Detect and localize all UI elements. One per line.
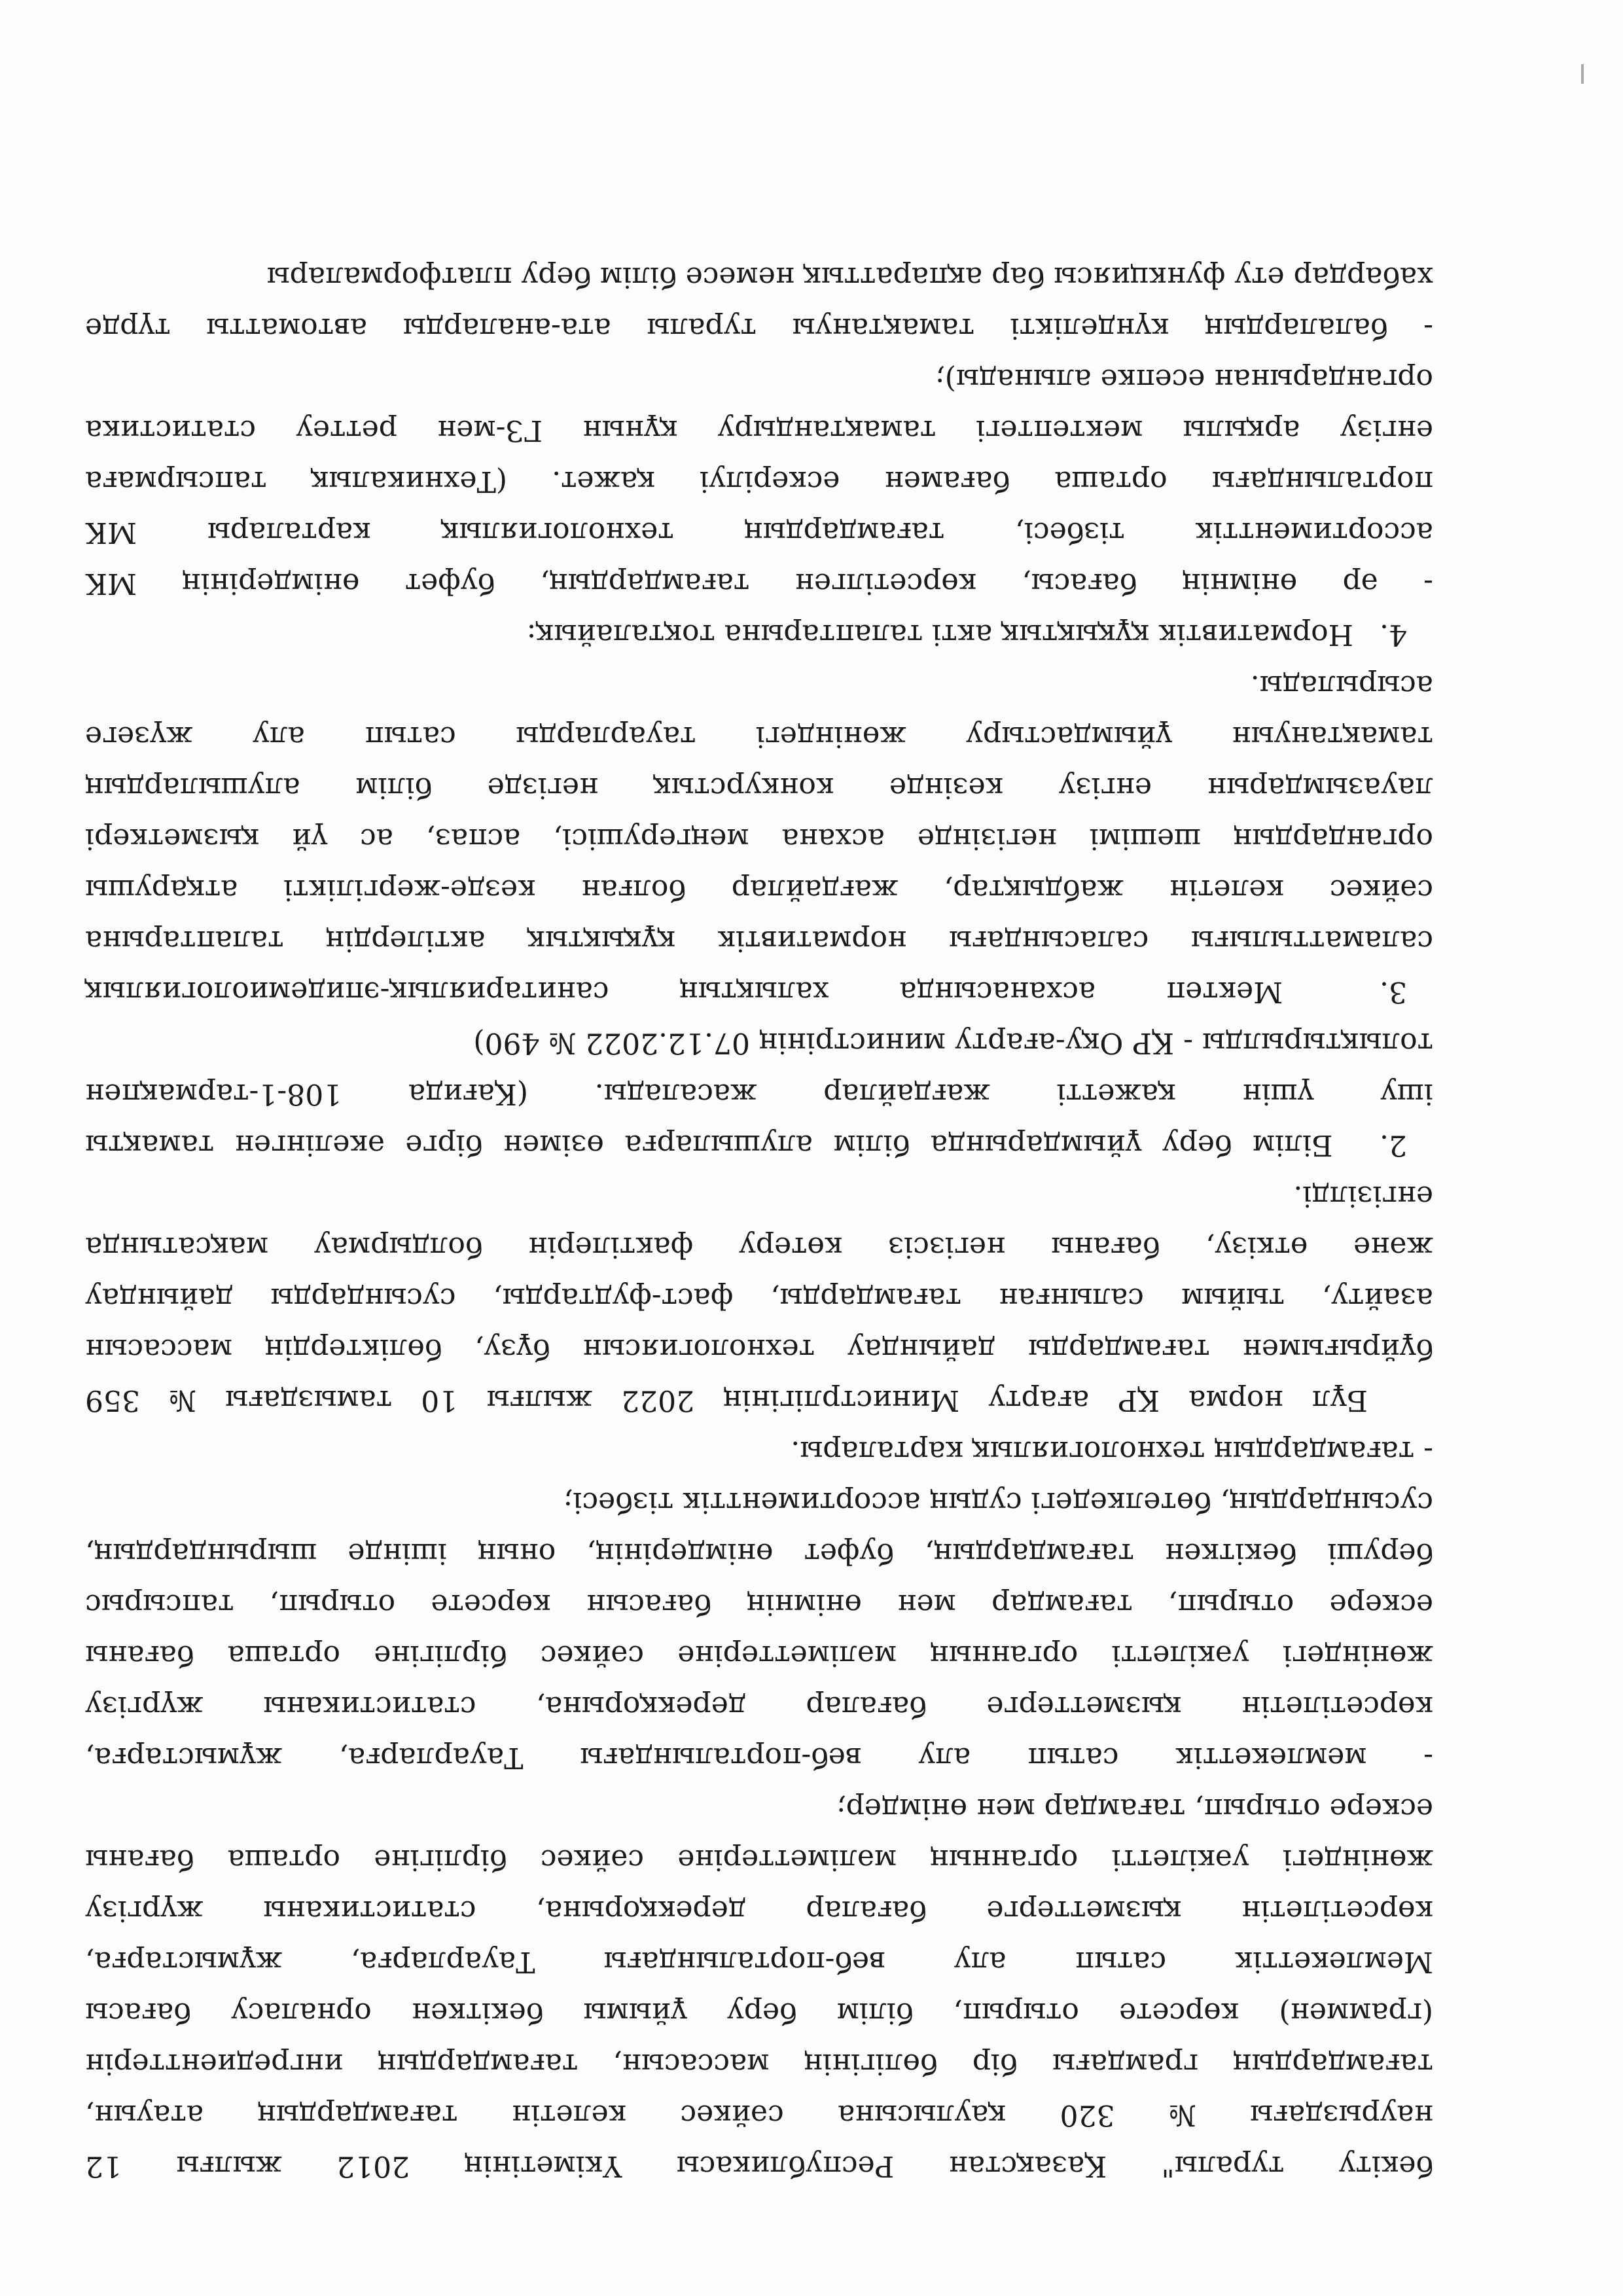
word: үшін — [1242, 1068, 1313, 1119]
word: тағамдардың, — [540, 558, 749, 609]
word: сусындардың, — [1211, 1477, 1433, 1528]
paragraph-item-4-dash-1: - әр өнімнің бағасы, көрсетілген тағамда… — [85, 353, 1433, 609]
word: беру — [727, 1987, 797, 2038]
word: қажет. — [552, 456, 655, 507]
word: отырып, — [1168, 1579, 1294, 1630]
word: сәйкес — [541, 1834, 644, 1885]
paragraph-dash-2: - тағамдардың технологиялық карталары.- … — [85, 1426, 1433, 1477]
word: енгізілді. — [1293, 1170, 1433, 1221]
word: дайындау — [85, 1272, 233, 1323]
word: ағарту — [988, 1374, 1089, 1426]
word: отырып, — [954, 1987, 1079, 2038]
word: бағамен — [885, 456, 1010, 507]
word: беруші — [1327, 1528, 1433, 1579]
word: фаст-фудтарды, — [493, 1272, 734, 1323]
word: бағаны — [85, 1834, 194, 1885]
text-line: ескере отырып, тағамдар мен өнімнің баға… — [85, 1579, 1433, 1630]
word: бағасы — [85, 1987, 191, 2038]
word: № — [1169, 2089, 1196, 2140]
word: аспаз, — [426, 813, 520, 864]
word: жабдықтар, — [944, 864, 1124, 915]
word: тапсырмаға — [85, 456, 266, 507]
word: тағамдардың — [257, 2089, 457, 2140]
word: тағамдардың — [1205, 1426, 1414, 1477]
word: мен — [967, 1783, 1035, 1834]
word: үй — [292, 813, 327, 864]
word: 359 — [85, 1374, 140, 1426]
word: көрсетілетін — [1241, 1681, 1433, 1732]
word: Білім — [1253, 1119, 1333, 1170]
word: технологиялық — [441, 507, 673, 558]
word: тағамдар — [1035, 1783, 1186, 1834]
word: бұйрығымен — [1243, 1323, 1434, 1374]
word: тағамдардың — [1233, 2038, 1433, 2089]
word: өнімдерінің — [182, 558, 359, 609]
word: веб-порталындағы — [603, 1936, 885, 1987]
document-body: бекіту туралы" Қазақстан Республикасы Үк… — [85, 251, 1433, 2191]
word: сәйкес — [680, 2089, 783, 2140]
word: орналасу — [231, 1987, 372, 2038]
text-line: жөніндегі уәкілетті органның мәліметтері… — [85, 1630, 1433, 1681]
paragraph-item-4: 4.Нормативтік құқықтық акті талаптарына … — [85, 609, 1433, 660]
word: қызметтерге — [986, 1885, 1181, 1936]
word: ингредиенттерін — [85, 2038, 343, 2089]
word: - — [1423, 1732, 1433, 1783]
word: лауазымдарын — [1207, 762, 1433, 813]
word: норма — [1188, 1374, 1283, 1426]
word: жасалады. — [595, 1068, 757, 1119]
word: тапсырыс — [85, 1579, 234, 1630]
word: мемлекеттік — [1175, 1732, 1366, 1783]
word: тағамдарды — [1028, 1323, 1210, 1374]
word: бағалар — [806, 1885, 926, 1936]
word: органның — [930, 1630, 1078, 1681]
word: бағасын — [586, 1579, 711, 1630]
text-line: азайту, тыйым салынған тағамдарды, фаст-… — [85, 1272, 1433, 1323]
word: көрсетілетін — [1241, 1885, 1433, 1936]
word: Мемлекеттік — [1235, 1936, 1433, 1987]
word: ақпараттық — [794, 251, 982, 302]
word: құқықтық — [527, 915, 675, 966]
word: веб-порталындағы — [580, 1732, 861, 1783]
text-line: беруші бекіткен тағамдардың, буфет өнімд… — [85, 1528, 1433, 1579]
word: 320 — [1060, 2089, 1115, 2140]
word: балалардың — [1205, 302, 1388, 353]
word: 2022 — [621, 1374, 694, 1426]
text-line: порталындағы орташа бағамен ескерілуі қа… — [85, 456, 1433, 507]
word: - — [1414, 1426, 1433, 1477]
text-line: хабардар ету функциясы бар ақпараттық не… — [85, 251, 1433, 302]
word: ассортименттік — [673, 1477, 921, 1528]
text-line: - балалардың күнделікті тамақтануы турал… — [85, 302, 1433, 353]
word: тағамдардың — [744, 507, 944, 558]
word: ескере — [1321, 1783, 1433, 1834]
word: ескере — [1330, 1579, 1433, 1630]
word: жөніндегі — [1283, 1630, 1433, 1681]
word: бекіткен — [1165, 1528, 1296, 1579]
word: буфет — [804, 1528, 894, 1579]
text-line: тағамдардың грамдағы бір бөлігінің масса… — [85, 2038, 1433, 2089]
word: әкелінген — [235, 1119, 385, 1170]
word: Министрлігінің — [723, 1374, 959, 1426]
word: мәліметтеріне — [677, 1834, 897, 1885]
word: енгізу — [1059, 762, 1152, 813]
text-line: 4.Нормативтік құқықтық акті талаптарына … — [85, 609, 1433, 660]
paragraph-item-4-dash-2: - балалардың күнделікті тамақтануы турал… — [85, 251, 1433, 353]
word: дерекқорына, — [536, 1885, 746, 1936]
word: уәкілетті — [1112, 1834, 1249, 1885]
word: талаптарына — [715, 609, 923, 660]
text-line: Мемлекеттік сатып алу веб-порталындағы Т… — [85, 1936, 1433, 1987]
word: кезінде — [889, 762, 1003, 813]
word: алынады); — [935, 353, 1092, 404]
word: асхана — [781, 813, 884, 864]
word: автоматты — [206, 302, 367, 353]
word: тамақтандыру — [717, 404, 936, 456]
word: бір — [972, 2038, 1018, 2089]
text-line: - тағамдардың технологиялық карталары.- … — [85, 1426, 1433, 1477]
word: технологиялық — [963, 1426, 1205, 1477]
word: қызметтерге — [986, 1681, 1181, 1732]
word: шырындардың, — [85, 1528, 317, 1579]
word: атауын, — [85, 2089, 204, 2140]
word: сатып — [1075, 1936, 1167, 1987]
text-line: тамақтануын ұйымдастыру жөніндегі тауарл… — [85, 711, 1433, 762]
word: Қазақстан — [949, 2140, 1107, 2191]
word: бағаны — [85, 1630, 194, 1681]
word: көрсете — [1119, 1987, 1239, 2038]
word: Республикасы — [677, 2140, 895, 2191]
word: оның — [478, 1528, 556, 1579]
word: акті — [923, 609, 992, 660]
text-line: енгізілді.енгізілді. — [85, 1170, 1433, 1221]
text-line: бұйрығымен тағамдарды дайындау технологи… — [85, 1323, 1433, 1374]
word: 10 — [421, 1374, 457, 1426]
word: функциясы — [1044, 251, 1225, 302]
word: ҚР — [1118, 1374, 1160, 1426]
text-line: саламаттылығы саласындағы нормативтік құ… — [85, 915, 1433, 966]
word: Үкіметінің — [464, 2140, 622, 2191]
word: халықтың — [679, 966, 829, 1017]
word: бағасы, — [1022, 558, 1137, 609]
word: тамақтануын — [1232, 711, 1433, 762]
word: құқықтық — [992, 609, 1149, 660]
text-line: және өткізу, бағаны негізсіз көтеру факт… — [85, 1221, 1433, 1272]
word: МК — [85, 558, 137, 609]
text-line: асырылады.асырылады. — [85, 660, 1433, 711]
word: шешімі — [1090, 813, 1201, 864]
text-line: сәйкес келетін жабдықтар, жағдайлар болғ… — [85, 864, 1433, 915]
word: грамдағы — [1052, 2038, 1198, 2089]
text-line: ассортименттік тізбесі, тағамдардың техн… — [85, 507, 1433, 558]
word: беру — [512, 251, 591, 302]
word: порталындағы — [1212, 456, 1433, 507]
word: - — [1423, 558, 1433, 609]
word: өнімнің — [1183, 558, 1298, 609]
word: отырып, — [1185, 1783, 1320, 1834]
word: (Техникалық — [312, 456, 507, 507]
word: тамақты — [85, 1119, 214, 1170]
text-line: (граммен) көрсете отырып, білім беру ұйы… — [85, 1987, 1433, 2038]
word: тізбесі; — [563, 1477, 673, 1528]
text-line: органдарынан есепке алынады);органдарына… — [85, 353, 1433, 404]
word: 12 — [85, 2140, 122, 2191]
word: тоқталайық: — [527, 609, 715, 660]
word: 07.12.2022 — [576, 1017, 750, 1068]
word: Бұл — [1312, 1374, 1368, 1426]
word: наурыздағы — [1250, 2089, 1433, 2140]
paragraph-item-2: 2.Білім беру ұйымдарында білім алушыларғ… — [85, 1017, 1433, 1170]
word: массасын — [85, 1323, 232, 1374]
word: болған — [581, 864, 686, 915]
word: асханасында — [899, 966, 1096, 1017]
word: тауарларды — [516, 711, 696, 762]
word: статистиканы — [263, 1885, 476, 1936]
word: меңгерушісі, — [553, 813, 749, 864]
word: білім — [591, 251, 677, 302]
word: өнімдер; — [836, 1783, 967, 1834]
word: жүргізу — [85, 1885, 204, 1936]
paragraph-item-3: 3.Мектеп асханасында халықтың санитариял… — [85, 660, 1433, 1017]
text-line: 3.Мектеп асханасында халықтың санитариял… — [85, 966, 1433, 1017]
word: болдырмау — [314, 1221, 483, 1272]
word: ГЗ-мен — [437, 404, 543, 456]
text-line: 2.Білім беру ұйымдарында білім алушыларғ… — [85, 1119, 1433, 1170]
text-line: ішу үшін қажетті жағдайлар жасалады. (Қа… — [85, 1068, 1433, 1119]
word: өнімдерінің, — [586, 1528, 773, 1579]
word: мен — [897, 1579, 956, 1630]
word: ішінде — [348, 1528, 447, 1579]
word: арқылы — [1183, 404, 1300, 456]
word: актілердің — [326, 915, 486, 966]
word: орташа — [228, 1630, 340, 1681]
word: - — [1174, 1017, 1193, 1068]
text-line: наурыздағы № 320 қаулысына сәйкес келеті… — [85, 2089, 1433, 2140]
word: буфет — [405, 558, 495, 609]
word: азайту, — [1322, 1272, 1433, 1323]
word: мәліметтеріне — [677, 1630, 897, 1681]
word: есепке — [1092, 353, 1205, 404]
word: Нормативтік — [1149, 609, 1353, 660]
word: уәкілетті — [1112, 1630, 1249, 1681]
word: статистика — [85, 404, 256, 456]
word: ассортименттік — [1195, 507, 1433, 558]
word: ішу — [1380, 1068, 1433, 1119]
word: жүзеге — [85, 711, 192, 762]
word: негізінде — [918, 813, 1057, 864]
word: тағамдар — [991, 1579, 1133, 1630]
word: тыйым — [1181, 1272, 1285, 1323]
word: бекіткен — [412, 1987, 543, 2038]
word: білім — [837, 1987, 914, 2038]
word: карталары — [207, 507, 371, 558]
text-line: лауазымдарын енгізу кезінде конкурстық н… — [85, 762, 1433, 813]
word: - — [1423, 302, 1433, 353]
word: тағамдардың, — [925, 1528, 1134, 1579]
word: келетін — [1169, 864, 1284, 915]
word: алу — [253, 711, 305, 762]
word: келетін — [512, 2089, 626, 2140]
text-line: - әр өнімнің бағасы, көрсетілген тағамда… — [85, 558, 1433, 609]
word: судың — [921, 1477, 1022, 1528]
word: карталары. — [791, 1426, 963, 1477]
word: алушылардың — [85, 762, 300, 813]
word: № — [539, 1017, 576, 1068]
text-line: енгізу арқылы мектептегі тамақтандыру құ… — [85, 404, 1433, 456]
word: министрінің — [750, 1017, 946, 1068]
word: құнын — [582, 404, 677, 456]
word: бар — [982, 251, 1044, 302]
word: конкурстық — [654, 762, 834, 813]
word: сәйкес — [541, 1630, 644, 1681]
word: саласындағы — [949, 915, 1149, 966]
word: нормативтік — [718, 915, 907, 966]
word: жағдайлар — [823, 1068, 990, 1119]
text-line: жөніндегі уәкілетті органның мәліметтері… — [85, 1834, 1433, 1885]
word: өткізу, — [1205, 1221, 1308, 1272]
word: алу — [918, 1732, 971, 1783]
word: дерекқорына, — [536, 1681, 746, 1732]
word: фактілерін — [528, 1221, 693, 1272]
paragraph-intro: бекіту туралы" Қазақстан Республикасы Үк… — [85, 1783, 1433, 2191]
word: жұмыстарға, — [85, 1936, 282, 1987]
paragraph-dash-1: - мемлекеттік сатып алу веб-порталындағы… — [85, 1477, 1433, 1783]
word: өнімнің — [747, 1579, 862, 1630]
word: дайындау — [847, 1323, 995, 1374]
text-line: көрсетілетін қызметтерге бағалар дерекқо… — [85, 1885, 1433, 1936]
word: кезде-жергілікті — [283, 864, 535, 915]
word: жөніндегі — [1283, 1834, 1433, 1885]
word: бекіту — [1339, 2140, 1433, 2191]
word: бірлігіне — [374, 1630, 507, 1681]
word: саламаттылығы — [1191, 915, 1433, 966]
word: ұйымы — [583, 1987, 687, 2038]
word: ас — [360, 813, 393, 864]
word: ҚР — [1123, 1017, 1174, 1068]
word: Мектеп — [1166, 966, 1283, 1017]
word: № — [169, 1374, 196, 1426]
word: ата-аналарды — [403, 302, 611, 353]
word: білім — [833, 1119, 910, 1170]
word: салынған — [999, 1272, 1144, 1323]
word: орташа — [228, 1834, 340, 1885]
word: статистиканы — [263, 1681, 476, 1732]
word: енгізу — [1340, 404, 1433, 456]
word: тамақтануы — [792, 302, 974, 353]
word: негізсіз — [888, 1221, 1005, 1272]
item-number: 4. — [1380, 609, 1407, 660]
text-line: Бұл норма ҚР ағарту Министрлігінің 2022 … — [85, 1374, 1433, 1426]
word: туралы — [647, 302, 757, 353]
word: түрде — [85, 302, 171, 353]
word: 2012 — [336, 2140, 410, 2191]
text-line: органдардың шешімі негізінде асхана меңг… — [85, 813, 1433, 864]
word: массасын, — [613, 2038, 770, 2089]
word: бөтелкедегі — [1022, 1477, 1211, 1528]
word: күнделікті — [1010, 302, 1169, 353]
word: тамыздағы — [225, 1374, 392, 1426]
word: Оқу-ағарту — [946, 1017, 1123, 1068]
word: мектептегі — [976, 404, 1143, 456]
scanned-page: бекіту туралы" Қазақстан Республикасы Үк… — [0, 0, 1623, 2296]
item-number: 3. — [1380, 966, 1407, 1017]
word: 490) — [473, 1017, 539, 1068]
word: жылғы — [486, 1374, 592, 1426]
word: алушыларға — [624, 1119, 813, 1170]
word: МК — [85, 507, 137, 558]
word: орташа — [1054, 456, 1167, 507]
word: сусындарды — [270, 1272, 455, 1323]
word: қажетті — [1057, 1068, 1176, 1119]
word: талаптарына — [85, 915, 283, 966]
word: бұзу, — [474, 1323, 550, 1374]
word: сатып — [1027, 1732, 1119, 1783]
word: қаулысына — [838, 2089, 1006, 2140]
word: санитариялық-эпидемиологиялық — [85, 966, 609, 1017]
word: жағдайлар — [732, 864, 899, 915]
word: жөніндегі — [756, 711, 906, 762]
word: көрсетілген — [795, 558, 977, 609]
word: ұйымдастыру — [966, 711, 1172, 762]
text-line: ескере отырып, тағамдар мен өнімдер;еске… — [85, 1783, 1433, 1834]
text-line: сусындардың, бөтелкедегі судың ассортиме… — [85, 1477, 1433, 1528]
word: туралы" — [1162, 2140, 1285, 2191]
word: және — [1353, 1221, 1433, 1272]
word: сәйкес — [1330, 864, 1433, 915]
word: ұйымдарында — [931, 1119, 1142, 1170]
text-line: бекіту туралы" Қазақстан Республикасы Үк… — [85, 2140, 1433, 2191]
word: көтеру — [739, 1221, 842, 1272]
word: сатып — [365, 711, 456, 762]
word: бөліктердің — [265, 1323, 442, 1374]
item-number: 2. — [1380, 1119, 1407, 1170]
word: алу — [954, 1936, 1007, 1987]
paragraph-norm-note: Бұл норма ҚР ағарту Министрлігінің 2022 … — [85, 1170, 1433, 1426]
word: (Қағида — [408, 1068, 528, 1119]
word: (граммен) — [1279, 1987, 1433, 2038]
word: жүргізу — [85, 1681, 204, 1732]
word: Тауарларға, — [351, 1936, 535, 1987]
word: технологиясын — [582, 1323, 815, 1374]
text-line: - мемлекеттік сатып алу веб-порталындағы… — [85, 1732, 1433, 1783]
word: көрсете — [431, 1579, 550, 1630]
word: негізде — [488, 762, 599, 813]
word: өзімен — [503, 1119, 604, 1170]
word: немесе — [677, 251, 794, 302]
text-line: толықтырылды - ҚР Оқу-ағарту министрінің… — [85, 1017, 1433, 1068]
word: атқарушы — [85, 864, 238, 915]
word: органдардың — [1234, 813, 1433, 864]
scan-artifact — [1581, 64, 1584, 84]
word: беру — [1162, 1119, 1232, 1170]
word: органдарынан — [1205, 353, 1433, 404]
word: білім — [355, 762, 432, 813]
word: әр — [1343, 558, 1378, 609]
word: бірге — [405, 1119, 482, 1170]
word: бөлігінің — [804, 2038, 938, 2089]
word: бағаны — [1051, 1221, 1160, 1272]
word: хабардар — [1285, 251, 1433, 302]
word: ету — [1225, 251, 1284, 302]
word: мақсатында — [85, 1221, 268, 1272]
word: қызметкері — [85, 813, 259, 864]
word: органның — [930, 1834, 1078, 1885]
word: жұмыстарға, — [85, 1732, 282, 1783]
word: толықтырылды — [1193, 1017, 1433, 1068]
word: Тауарларға, — [339, 1732, 523, 1783]
word: ескерілуі — [700, 456, 840, 507]
word: бірлігіне — [374, 1834, 507, 1885]
